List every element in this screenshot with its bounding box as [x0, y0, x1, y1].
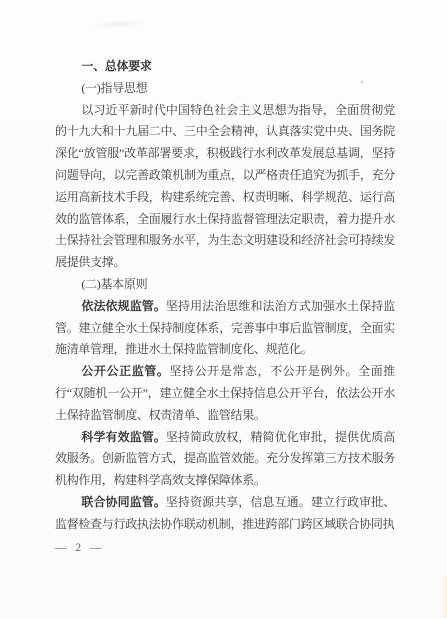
- principle-lead-law: 依法依规监管。: [81, 299, 166, 313]
- principle-lead-open: 公开公正监管。: [81, 364, 169, 378]
- paragraph-principle-science: 科学有效监管。坚持简政放权，精简优化审批，提供优质高效服务。创新监管方式，提高监…: [55, 427, 395, 492]
- paragraph-principle-open: 公开公正监管。坚持公开是常态，不公开是例外。全面推行“双随机一公开”，建立健全水…: [55, 361, 395, 426]
- scan-smudge: [88, 18, 148, 31]
- principle-lead-joint: 联合协同监管。: [81, 495, 166, 509]
- document-body: 一、总体要求 (一)指导思想 以习近平新时代中国特色社会主义思想为指导，全面贯彻…: [55, 56, 395, 536]
- scanned-document-page: 一、总体要求 (一)指导思想 以习近平新时代中国特色社会主义思想为指导，全面贯彻…: [0, 0, 447, 618]
- section-heading: 一、总体要求: [55, 56, 395, 78]
- subsection-heading-basic-principles: (二)基本原则: [55, 274, 395, 296]
- paragraph-principle-law: 依法依规监管。坚持用法治思维和法治方式加强水土保持监管。建立健全水土保持制度体系…: [55, 296, 395, 361]
- paragraph-guiding-ideology: 以习近平新时代中国特色社会主义思想为指导，全面贯彻党的十九大和十九届二中、三中全…: [55, 100, 395, 274]
- principle-lead-science: 科学有效监管。: [81, 430, 166, 444]
- page-number: — 2 —: [55, 540, 105, 556]
- paragraph-principle-joint: 联合协同监管。坚持资源共享，信息互通。建立行政审批、监督检查与行政执法协作联动机…: [55, 492, 395, 536]
- subsection-heading-guiding-ideology: (一)指导思想: [55, 78, 395, 100]
- scan-edge-tint: [441, 576, 447, 618]
